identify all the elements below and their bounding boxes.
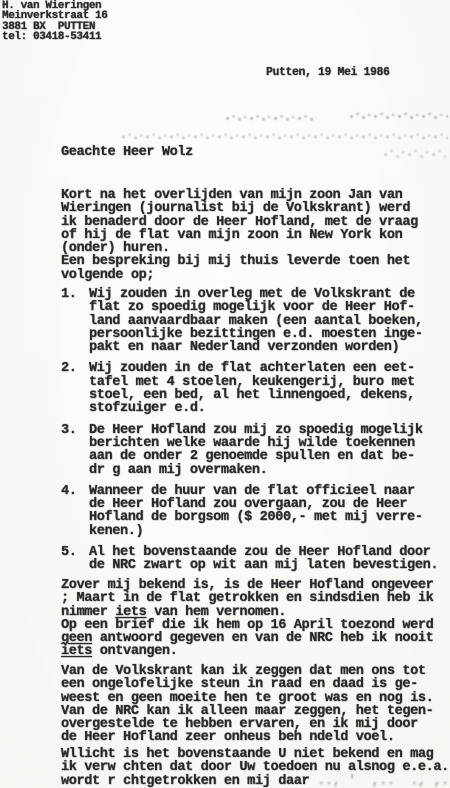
list-item-number: 5.: [61, 546, 89, 573]
assessment-paragraph: Van de Volkskrant kan ik zeggen dat men …: [61, 665, 450, 745]
text-line: wordt r chtgetrokken en mij daar .., ' ,…: [61, 775, 450, 788]
list-item: 5. Al het bovenstaande zou de Heer Hofla…: [61, 546, 450, 573]
text-line: land aanvaardbaar maken (een aantal boek…: [89, 315, 450, 328]
list-item-number: 2.: [61, 362, 89, 415]
scan-smudge: [382, 146, 446, 162]
list-item-number: 1.: [61, 288, 89, 354]
list-item-text: Wij zouden in de flat achterlaten een ee…: [89, 362, 450, 415]
text-line: volgende op;: [61, 269, 450, 282]
text-line: weest en geen moeite hen te groot was en…: [61, 692, 450, 705]
list-item-text: De Heer Hofland zou mij zo spoedig mogel…: [89, 424, 450, 477]
text-line: Wij zouden in de flat achterlaten een ee…: [89, 362, 450, 375]
list-item-text: Wij zouden in overleg met de Volkskrant …: [89, 288, 450, 354]
salutation: Geachte Heer Wolz: [61, 146, 193, 159]
list-item-text: Wanneer de huur van de flat officieel na…: [89, 485, 450, 538]
text-line: Hofland de borgsom ($ 2000,- met mij ver…: [89, 511, 450, 524]
scan-smudge: [120, 132, 448, 141]
text-line: een ongelofelijke steun in raad en daad …: [61, 678, 450, 691]
text-line: Wieringen (journalist bij de Volkskrant)…: [61, 202, 450, 215]
illegible-faded-text: .., ' ,.. ., ,. ' .: [317, 774, 450, 788]
sender-address: H. van WieringenMeinverkstraat 163881 BX…: [2, 1, 107, 42]
text-line: iets ontvangen.: [61, 645, 450, 658]
text-line: nimmer iets van hem vernomen.: [61, 606, 450, 619]
text-line: ik verw chten dat door Uw toedoen nu als…: [61, 761, 450, 774]
text-line: ik benaderd door de Heer Hofland, met de…: [61, 216, 450, 229]
list-item-number: 3.: [61, 424, 89, 477]
intro-paragraph: Kort na het overlijden van mijn zoon Jan…: [61, 189, 450, 282]
scan-smudge: [224, 114, 316, 122]
closing-paragraph: Wllicht is het bovenstaande U niet beken…: [61, 748, 450, 788]
text-line: flat zo spoedig mogelijk voor de Heer Ho…: [89, 301, 450, 314]
list-item-text: Al het bovenstaande zou de Heer Hofland …: [89, 546, 450, 573]
letter-page: H. van WieringenMeinverkstraat 163881 BX…: [0, 0, 450, 788]
text-line: ; Maart in de flat getrokken en sindsdie…: [61, 592, 450, 605]
dateline: Putten, 19 Mei 1986: [266, 66, 390, 79]
update-paragraph: Zover mij bekend is, is de Heer Hofland …: [61, 579, 450, 659]
text-line: de Heer Hofland zeer onheus beh ndeld vo…: [61, 731, 450, 744]
numbered-list: 1. Wij zouden in overleg met de Volkskra…: [61, 288, 450, 581]
text-line: de NRC zwart op wit aan mij laten bevest…: [89, 559, 450, 572]
text-line: dr g aan mij overmaken.: [89, 464, 450, 477]
text-line: kenen.): [89, 525, 450, 538]
list-item: 3. De Heer Hofland zou mij zo spoedig mo…: [61, 424, 450, 477]
text-segment: ontvangen.: [92, 644, 177, 659]
scan-smudge: [348, 111, 448, 121]
list-item-number: 4.: [61, 485, 89, 538]
text-line: tel: 03418-53411: [2, 32, 107, 42]
text-segment: wordt r chtgetrokken en mij daar: [61, 774, 317, 788]
text-line: De Heer Hofland zou mij zo spoedig mogel…: [89, 424, 450, 437]
list-item: 2. Wij zouden in de flat achterlaten een…: [61, 362, 450, 415]
text-line: stofzuiger e.d.: [89, 402, 450, 415]
list-item: 1. Wij zouden in overleg met de Volkskra…: [61, 288, 450, 354]
text-line: pakt en naar Nederland verzonden worden): [89, 341, 450, 354]
text-line: aan de onder 2 genoemde spullen en dat b…: [89, 450, 450, 463]
text-line: Een bespreking bij mij thuis leverde toe…: [61, 255, 450, 268]
underlined-text: iets: [61, 644, 92, 659]
list-item: 4. Wanneer de huur van de flat officieel…: [61, 485, 450, 538]
